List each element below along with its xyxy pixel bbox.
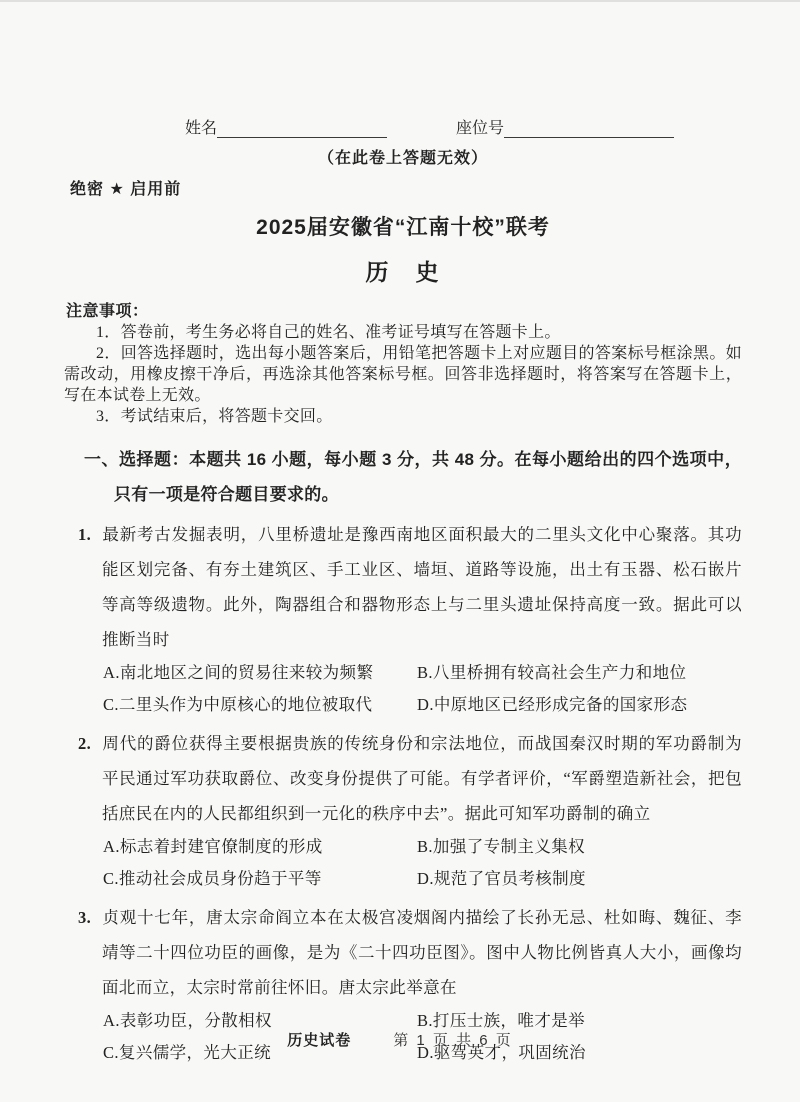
question-3-stem-text: 贞观十七年，唐太宗命阎立本在太极宫凌烟阁内描绘了长孙无忌、杜如晦、魏征、李靖等二… — [102, 908, 742, 997]
name-field: 姓名 — [185, 115, 387, 138]
question-1-stem: 1.最新考古发掘表明，八里桥遗址是豫西南地区面积最大的二里头文化中心聚落。其功能… — [78, 517, 742, 657]
question-2-option-a: A.标志着封建官僚制度的形成 — [103, 831, 417, 863]
question-1: 1.最新考古发掘表明，八里桥遗址是豫西南地区面积最大的二里头文化中心聚落。其功能… — [78, 517, 742, 721]
exam-title: 2025届安徽省“江南十校”联考 — [64, 211, 742, 241]
question-2: 2.周代的爵位获得主要根据贵族的传统身份和宗法地位，而战国秦汉时期的军功爵制为平… — [78, 726, 742, 895]
question-1-option-c: C.二里头作为中原核心的地位被取代 — [103, 689, 417, 721]
question-2-stem-text: 周代的爵位获得主要根据贵族的传统身份和宗法地位，而战国秦汉时期的军功爵制为平民通… — [102, 734, 742, 823]
name-blank-line — [217, 120, 387, 138]
notice-item-1: 1．答卷前，考生务必将自己的姓名、准考证号填写在答题卡上。 — [64, 322, 742, 343]
question-1-stem-text: 最新考古发掘表明，八里桥遗址是豫西南地区面积最大的二里头文化中心聚落。其功能区划… — [102, 525, 742, 649]
notice-section: 注意事项： 1．答卷前，考生务必将自己的姓名、准考证号填写在答题卡上。 2．回答… — [64, 301, 742, 427]
secrecy-label: 绝密 ★ 启用前 — [70, 176, 742, 199]
page-footer: 历史试卷 第 1 页 共 6 页 — [0, 1029, 800, 1050]
candidate-info-row: 姓名 座位号 — [64, 114, 742, 138]
seat-number-blank-line — [504, 120, 674, 138]
question-2-number: 2. — [78, 726, 102, 761]
notice-item-3: 3．考试结束后，将答题卡交回。 — [64, 406, 742, 427]
question-2-option-b: B.加强了专制主义集权 — [417, 831, 742, 863]
footer-page-info: 第 1 页 共 6 页 — [393, 1029, 513, 1050]
notice-item-2: 2．回答选择题时，选出每小题答案后，用铅笔把答题卡上对应题目的答案标号框涂黑。如… — [64, 343, 742, 406]
question-3-stem: 3.贞观十七年，唐太宗命阎立本在太极宫凌烟阁内描绘了长孙无忌、杜如晦、魏征、李靖… — [78, 900, 742, 1005]
name-label: 姓名 — [185, 120, 217, 137]
exam-paper-page: 姓名 座位号 （在此卷上答题无效） 绝密 ★ 启用前 2025届安徽省“江南十校… — [0, 0, 800, 1102]
question-1-option-b: B.八里桥拥有较高社会生产力和地位 — [417, 657, 742, 689]
question-2-options: A.标志着封建官僚制度的形成 B.加强了专制主义集权 C.推动社会成员身份趋于平… — [103, 831, 742, 895]
notice-heading: 注意事项： — [66, 301, 742, 322]
footer-doc-label: 历史试卷 — [287, 1029, 351, 1050]
question-2-option-c: C.推动社会成员身份趋于平等 — [103, 863, 417, 895]
invalid-note: （在此卷上答题无效） — [64, 145, 742, 168]
question-1-options: A.南北地区之间的贸易往来较为频繁 B.八里桥拥有较高社会生产力和地位 C.二里… — [103, 657, 742, 721]
question-1-option-d: D.中原地区已经形成完备的国家形态 — [417, 689, 742, 721]
question-2-option-d: D.规范了官员考核制度 — [417, 863, 742, 895]
section-heading-multiple-choice: 一、选择题：本题共 16 小题，每小题 3 分，共 48 分。在每小题给出的四个… — [84, 442, 742, 512]
question-2-stem: 2.周代的爵位获得主要根据贵族的传统身份和宗法地位，而战国秦汉时期的军功爵制为平… — [78, 726, 742, 831]
question-1-number: 1. — [78, 517, 102, 552]
question-3-number: 3. — [78, 900, 102, 935]
question-1-option-a: A.南北地区之间的贸易往来较为频繁 — [103, 657, 417, 689]
subject-title: 历 史 — [64, 254, 742, 287]
seat-number-field: 座位号 — [456, 115, 674, 138]
seat-number-label: 座位号 — [456, 120, 504, 137]
